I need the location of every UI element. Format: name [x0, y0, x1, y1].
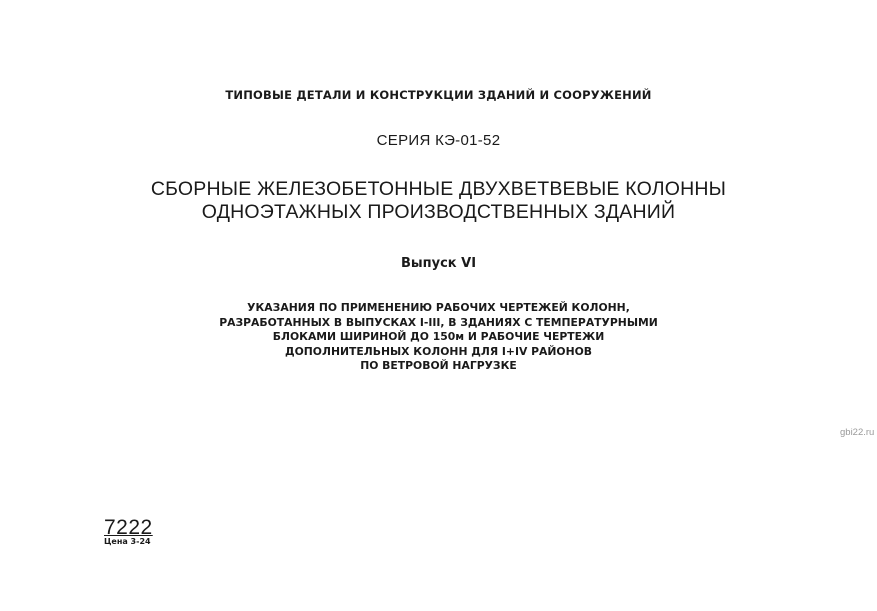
description-line: БЛОКАМИ ШИРИНОЙ ДО 150м И РАБОЧИЕ ЧЕРТЕЖ…	[0, 330, 877, 345]
description-line: УКАЗАНИЯ ПО ПРИМЕНЕНИЮ РАБОЧИХ ЧЕРТЕЖЕЙ …	[0, 301, 877, 316]
issue-label: Выпуск VI	[0, 256, 877, 271]
price-label: Цена 3-24	[104, 537, 153, 546]
series-label: СЕРИЯ КЭ-01-52	[0, 132, 877, 149]
title-line: СБОРНЫЕ ЖЕЛЕЗОБЕТОННЫЕ ДВУХВЕТВЕВЫЕ КОЛО…	[0, 178, 877, 201]
catalog-stamp: 7222 Цена 3-24	[104, 518, 153, 546]
description-line: ДОПОЛНИТЕЛЬНЫХ КОЛОНН ДЛЯ I+IV РАЙОНОВ	[0, 345, 877, 360]
description-line: ПО ВЕТРОВОЙ НАГРУЗКЕ	[0, 359, 877, 374]
catalog-number: 7222	[104, 518, 153, 537]
document-title: СБОРНЫЕ ЖЕЛЕЗОБЕТОННЫЕ ДВУХВЕТВЕВЫЕ КОЛО…	[0, 178, 877, 224]
organization-heading: ТИПОВЫЕ ДЕТАЛИ И КОНСТРУКЦИИ ЗДАНИЙ И СО…	[0, 88, 877, 102]
description: УКАЗАНИЯ ПО ПРИМЕНЕНИЮ РАБОЧИХ ЧЕРТЕЖЕЙ …	[0, 301, 877, 374]
watermark: gbi22.ru	[840, 427, 874, 438]
description-line: РАЗРАБОТАННЫХ В ВЫПУСКАХ I-III, В ЗДАНИЯ…	[0, 316, 877, 331]
title-line: ОДНОЭТАЖНЫХ ПРОИЗВОДСТВЕННЫХ ЗДАНИЙ	[0, 201, 877, 224]
